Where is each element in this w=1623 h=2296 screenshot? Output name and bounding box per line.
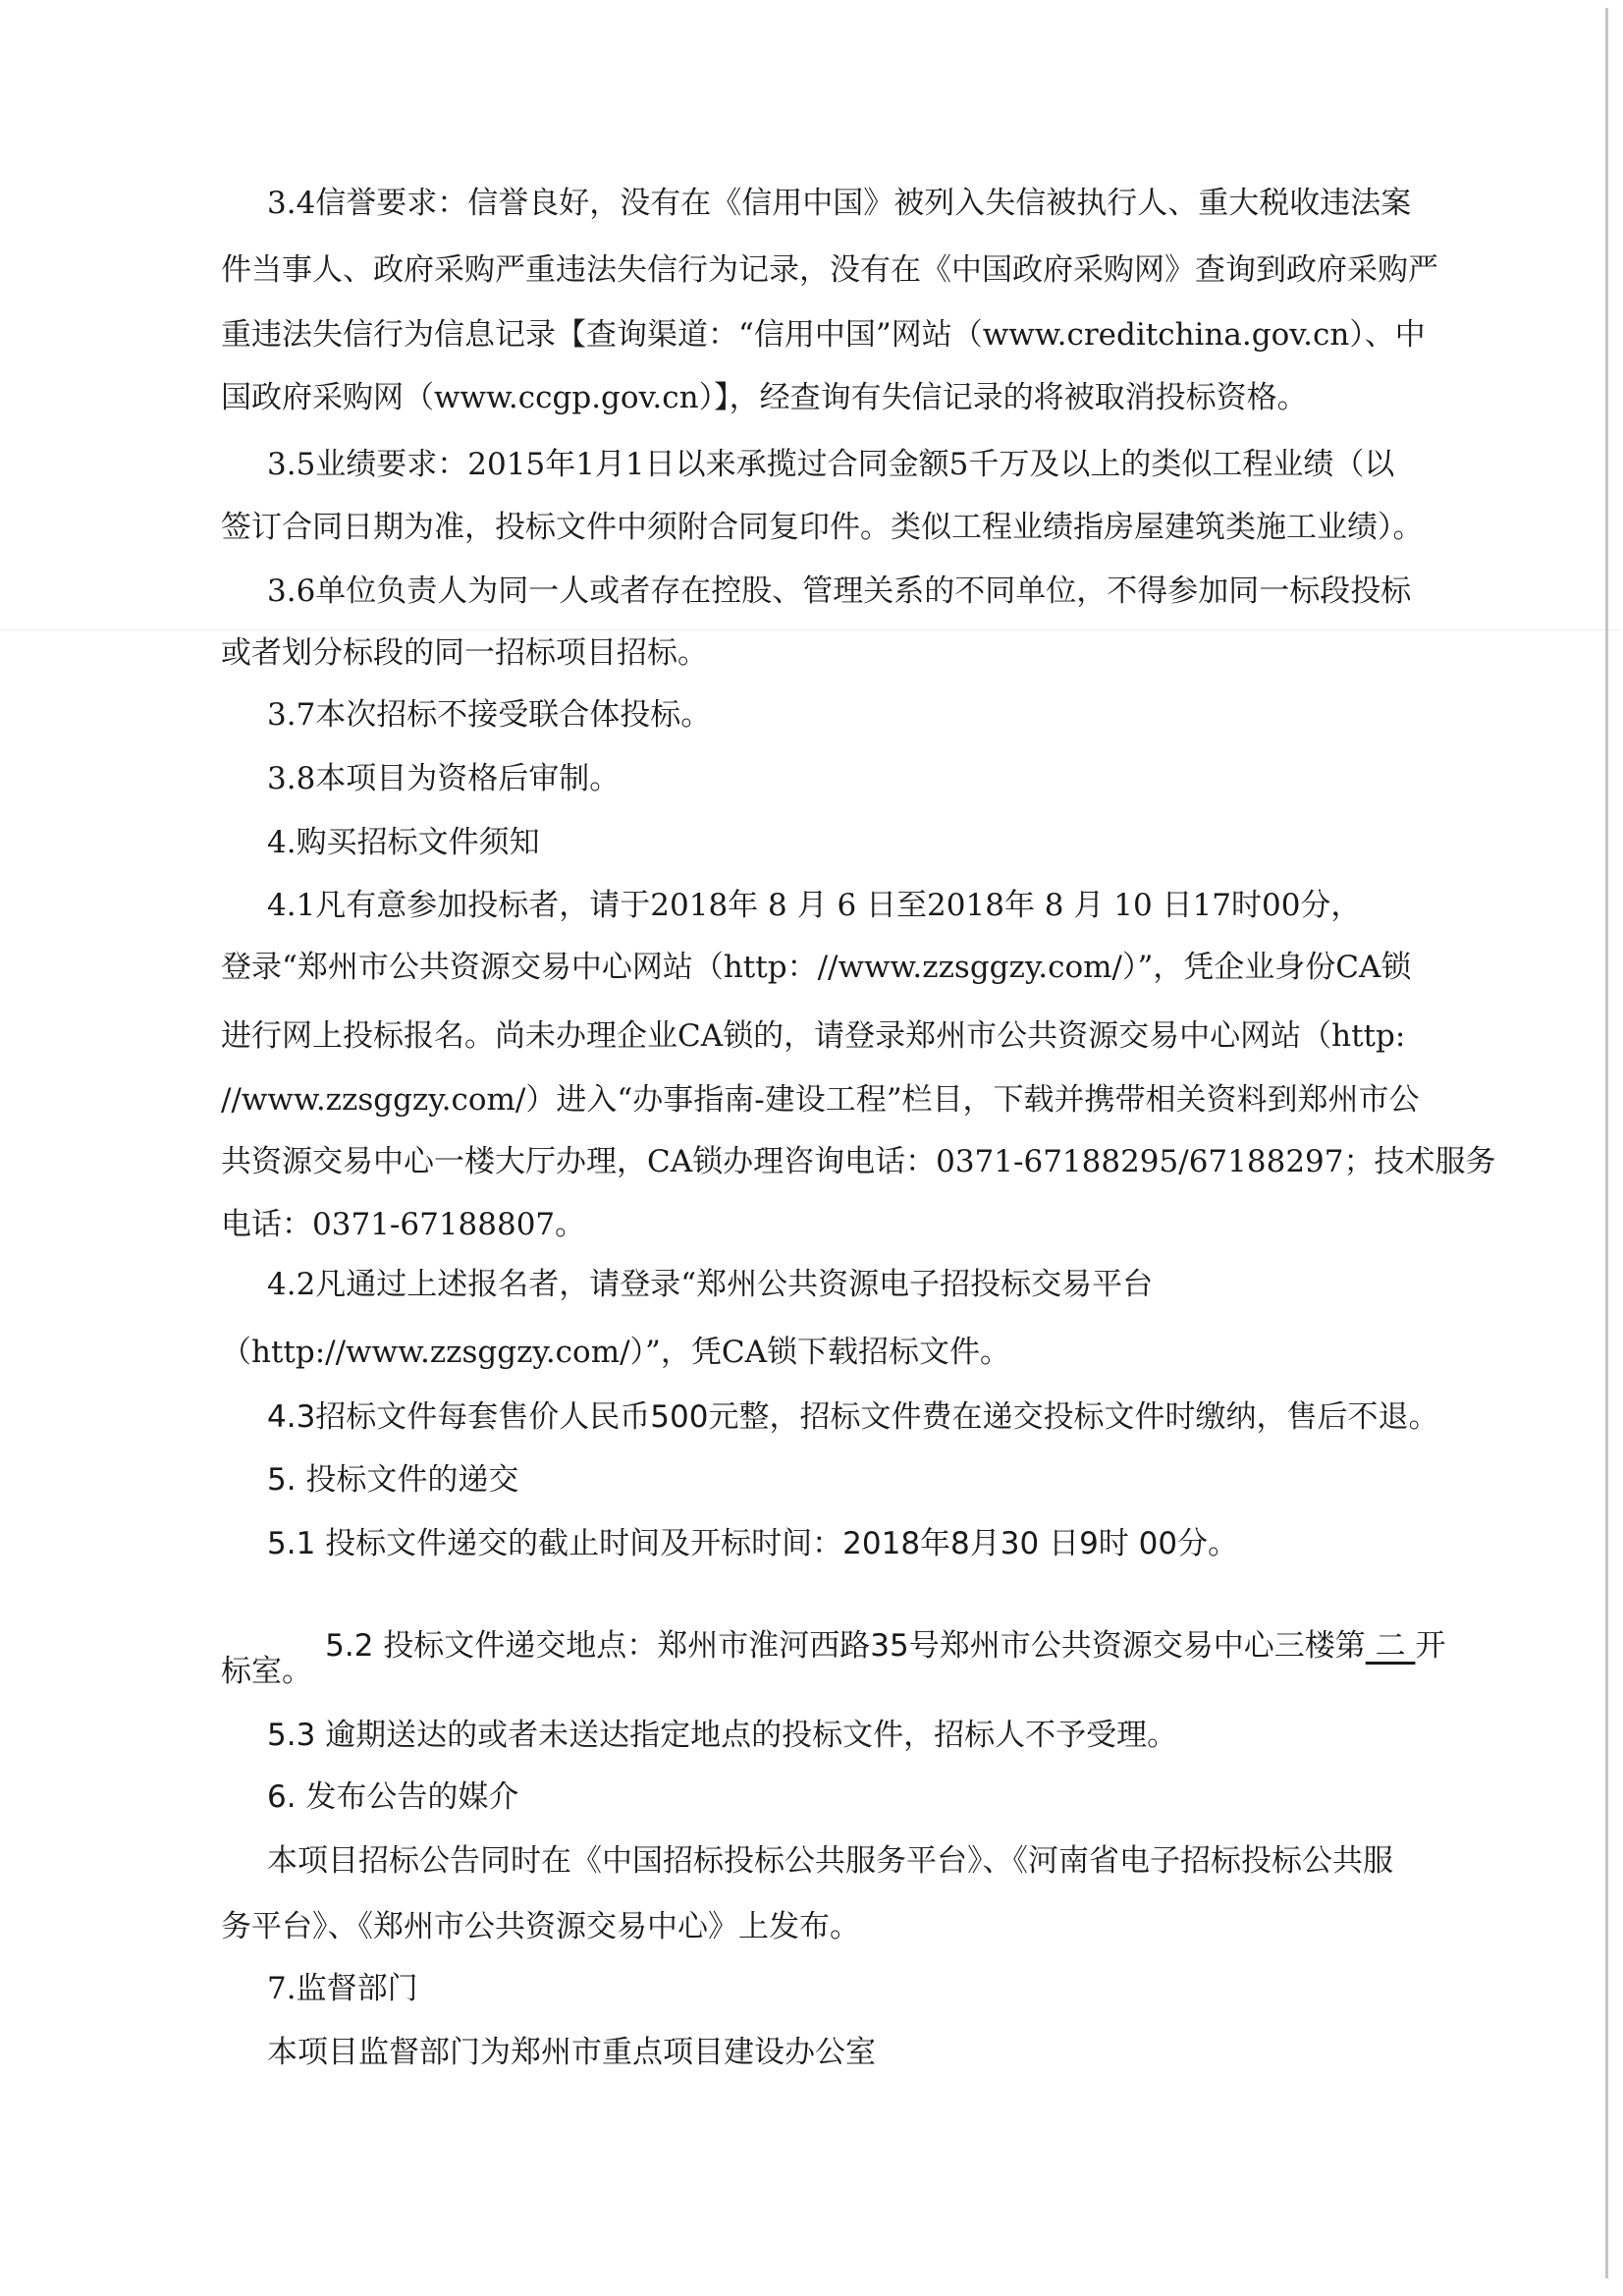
heading-section-4: 4.购买招标文件须知 <box>267 823 540 862</box>
para-7: 本项目监督部门为郑州市重点项目建设办公室 <box>267 2033 876 2072</box>
heading-section-5: 5. 投标文件的递交 <box>267 1460 518 1500</box>
para-3-6-line-1: 3.6单位负责人为同一人或者存在控股、管理关系的不同单位，不得参加同一标段投标 <box>267 572 1411 611</box>
para-4-1-line-3: 进行网上投标报名。尚未办理企业CA锁的，请登录郑州市公共资源交易中心网站（htt… <box>221 1016 1405 1056</box>
para-5-2-suffix: 开 <box>1415 1628 1445 1664</box>
room-number-underlined: 二 <box>1366 1628 1416 1664</box>
para-5-2-line-2: 标室。 <box>221 1652 312 1691</box>
para-3-6-line-2: 或者划分标段的同一招标项目招标。 <box>221 633 708 673</box>
para-5-3: 5.3 逾期送达的或者未送达指定地点的投标文件，招标人不予受理。 <box>267 1716 1177 1755</box>
para-4-1-line-6: 电话：0371-67188807。 <box>221 1205 585 1244</box>
heading-section-7: 7.监督部门 <box>267 1969 418 2008</box>
para-6-line-2: 务平台》、《郑州市公共资源交易中心》上发布。 <box>221 1907 860 1946</box>
para-4-2-line-1: 4.2凡通过上述报名者，请登录“郑州公共资源电子招投标交易平台 <box>267 1265 1153 1304</box>
para-3-4-line-3: 重违法失信行为信息记录【查询渠道：“信用中国”网站（www.creditchin… <box>221 315 1426 355</box>
para-5-2-prefix: 5.2 投标文件递交地点：郑州市淮河西路35号郑州市公共资源交易中心三楼第 <box>325 1628 1366 1664</box>
para-3-8: 3.8本项目为资格后审制。 <box>267 759 620 798</box>
para-4-1-line-1: 4.1凡有意参加投标者，请于2018年 8 月 6 日至2018年 8 月 10… <box>267 886 1361 925</box>
para-4-1-line-4: //www.zzsggzy.com/）进入“办事指南-建设工程”栏目，下载并携带… <box>221 1080 1420 1120</box>
para-4-1-line-2: 登录“郑州市公共资源交易中心网站（http：//www.zzsggzy.com/… <box>221 948 1411 987</box>
para-3-5-line-1: 3.5业绩要求：2015年1月1日以来承揽过合同金额5千万及以上的类似工程业绩（… <box>267 445 1394 484</box>
para-5-1: 5.1 投标文件递交的截止时间及开标时间：2018年8月30 日9时 00分。 <box>267 1524 1238 1563</box>
para-6-line-1: 本项目招标公告同时在《中国招标投标公共服务平台》、《河南省电子招标投标公共服 <box>267 1841 1393 1881</box>
para-4-1-line-5: 共资源交易中心一楼大厅办理，CA锁办理咨询电话：0371-67188295/67… <box>221 1142 1496 1181</box>
scan-artifact-line <box>0 629 1620 630</box>
document-page: 3.4信誉要求：信誉良好，没有在《信用中国》被列入失信被执行人、重大税收违法案 … <box>0 0 1623 2296</box>
heading-section-6: 6. 发布公告的媒介 <box>267 1777 518 1817</box>
para-3-4-line-2: 件当事人、政府采购严重违法失信行为记录，没有在《中国政府采购网》查询到政府采购严 <box>221 250 1438 290</box>
para-3-5-line-2: 签订合同日期为准，投标文件中须附合同复印件。类似工程业绩指房屋建筑类施工业绩）。 <box>221 508 1424 547</box>
para-4-2-line-2: （http://www.zzsggzy.com/）”，凭CA锁下载招标文件。 <box>221 1333 1010 1372</box>
para-5-2-line-1: 5.2 投标文件递交地点：郑州市淮河西路35号郑州市公共资源交易中心三楼第 二 … <box>267 1587 1445 1626</box>
para-4-3: 4.3招标文件每套售价人民币500元整，招标文件费在递交投标文件时缴纳，售后不退… <box>267 1397 1438 1437</box>
para-3-7: 3.7本次招标不接受联合体投标。 <box>267 695 711 735</box>
para-3-4-line-4: 国政府采购网（www.ccgp.gov.cn）】，经查询有失信记录的将被取消投标… <box>221 378 1308 417</box>
scan-edge-line <box>1605 8 1608 2278</box>
para-3-4-line-1: 3.4信誉要求：信誉良好，没有在《信用中国》被列入失信被执行人、重大税收违法案 <box>267 184 1411 223</box>
